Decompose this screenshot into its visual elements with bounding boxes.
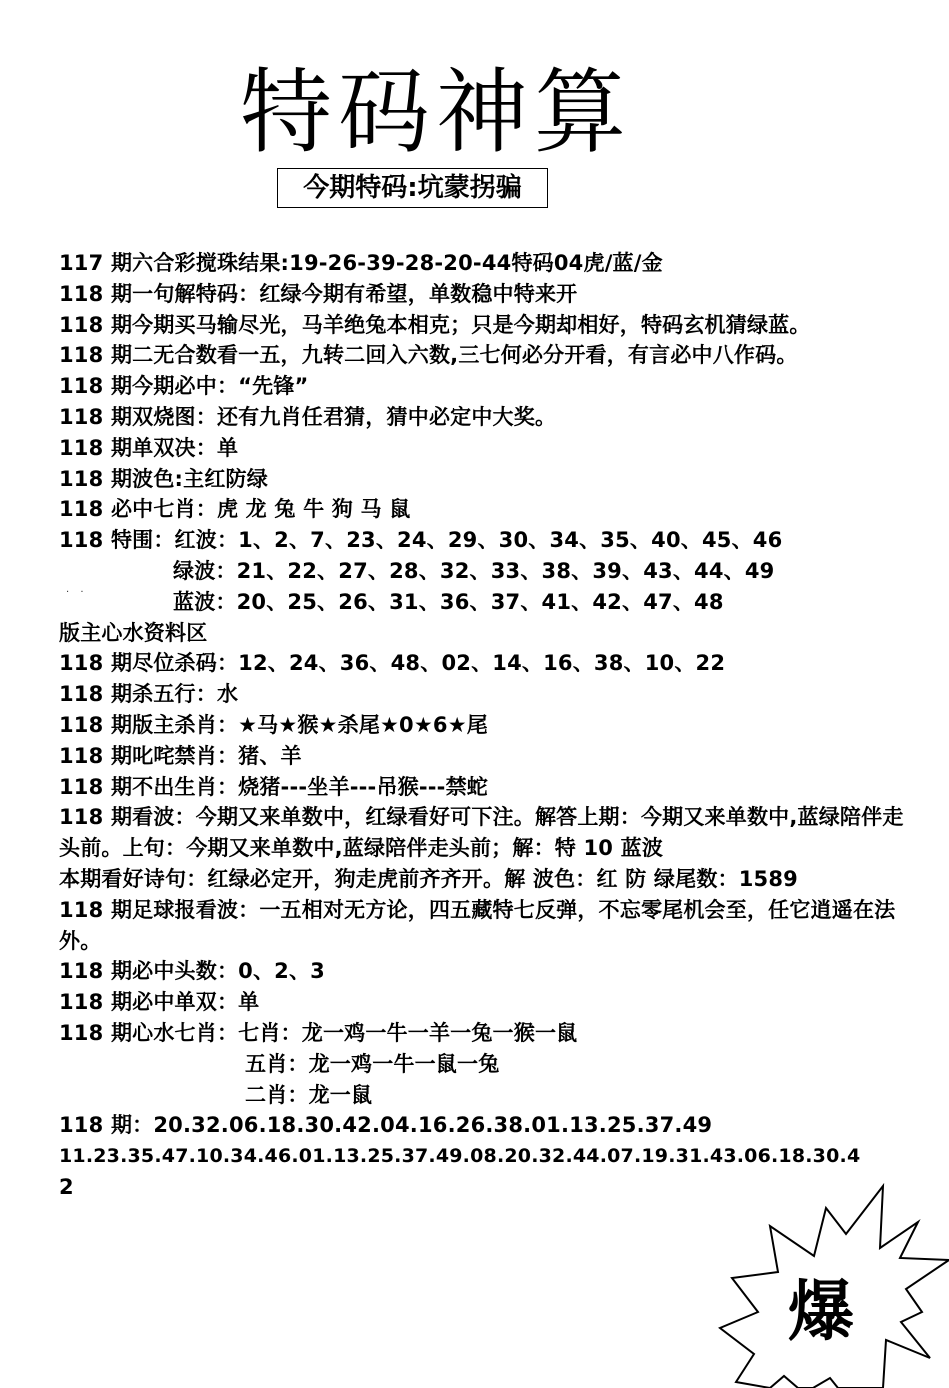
zodiac-seven: 118 期心水七肖：七肖：龙一鸡一牛一羊一兔一猴一鼠 <box>59 1018 919 1049</box>
poem-line: 本期看好诗句：红绿必定开，狗走虎前齐齐开。解 波色：红 防 绿尾数：1589 <box>59 864 919 895</box>
special-range-red: 118 特围：红波：1、2、7、23、24、29、30、34、35、40、45、… <box>59 525 919 556</box>
wave-paragraph: 118 期看波：今期又来单数中，红绿看好可下注。解答上期：今期又来单数中,蓝绿陪… <box>59 802 919 864</box>
green-wave-numbers: 21、22、27、28、32、33、38、39、43、44、49 <box>237 559 775 583</box>
numbers-line: 11.23.35.47.10.34.46.01.13.25.37.49.08.2… <box>59 1141 919 1172</box>
content-body: 117 期六合彩搅珠结果:19-26-39-28-20-44特码04虎/蓝/金 … <box>59 248 919 1203</box>
green-wave-label: 绿波： <box>173 559 237 583</box>
text-line: 118 期二无合数看一五，九转二回入六数,三七何必分开看，有言必中八作码。 <box>59 340 919 371</box>
text-line: 118 期双烧图：还有九肖任君猜，猜中必定中大奖。 <box>59 402 919 433</box>
text-line: 118 期杀五行：水 <box>59 679 919 710</box>
blue-wave-numbers: 20、25、26、31、36、37、41、42、47、48 <box>237 590 724 614</box>
zodiac-seven-values: 七肖：龙一鸡一牛一羊一兔一猴一鼠 <box>238 1021 577 1045</box>
section-title: 版主心水资料区 <box>59 618 919 649</box>
numbers-line: 118 期：20.32.06.18.30.42.04.16.26.38.01.1… <box>59 1110 919 1141</box>
text-line: 118 期必中头数：0、2、3 <box>59 956 919 987</box>
subtitle-box: 今期特码:坑蒙拐骗 <box>277 168 548 208</box>
blue-wave-label: 蓝波： <box>173 590 237 614</box>
text-line: 118 期今期必中：“先锋” <box>59 371 919 402</box>
red-wave-label: 红波： <box>175 528 239 552</box>
football-paragraph: 118 期足球报看波：一五相对无方论，四五藏特七反弹，不忘零尾机会至，任它逍遥在… <box>59 895 919 957</box>
badge-char: 爆 <box>788 1272 854 1352</box>
special-range-label: 118 特围： <box>59 528 175 552</box>
stray-mark: · · <box>66 587 88 598</box>
zodiac-five: 五肖：龙一鸡一牛一鼠一兔 <box>59 1049 919 1080</box>
text-line: 118 期版主杀肖：★马★猴★杀尾★0★6★尾 <box>59 710 919 741</box>
page-title: 特码神算 <box>240 58 632 168</box>
text-line: 118 期单双决：单 <box>59 433 919 464</box>
text-line: 118 期今期买马输尽光，马羊绝兔本相克；只是今期却相好，特码玄机猜绿蓝。 <box>59 310 919 341</box>
special-range-blue: 蓝波：20、25、26、31、36、37、41、42、47、48 <box>59 587 919 618</box>
text-line-draw-result: 117 期六合彩搅珠结果:19-26-39-28-20-44特码04虎/蓝/金 <box>59 248 919 279</box>
text-line: 118 必中七肖：虎 龙 兔 牛 狗 马 鼠 <box>59 494 919 525</box>
text-line: 118 期必中单双：单 <box>59 987 919 1018</box>
text-line: 118 期不出生肖：烧猪---坐羊---吊猴---禁蛇 <box>59 772 919 803</box>
red-wave-numbers: 1、2、7、23、24、29、30、34、35、40、45、46 <box>238 528 782 552</box>
zodiac-two: 二肖：龙一鼠 <box>59 1080 919 1111</box>
text-line: 118 期一句解特码：红绿今期有希望，单数稳中特来开 <box>59 279 919 310</box>
text-line: 118 期波色:主红防绿 <box>59 464 919 495</box>
text-line: 118 期尽位杀码：12、24、36、48、02、14、16、38、10、22 <box>59 648 919 679</box>
zodiac-picks-label: 118 期心水七肖： <box>59 1021 238 1045</box>
text-line: 118 期叱咤禁肖：猪、羊 <box>59 741 919 772</box>
special-range-green: 绿波：21、22、27、28、32、33、38、39、43、44、49 <box>59 556 919 587</box>
